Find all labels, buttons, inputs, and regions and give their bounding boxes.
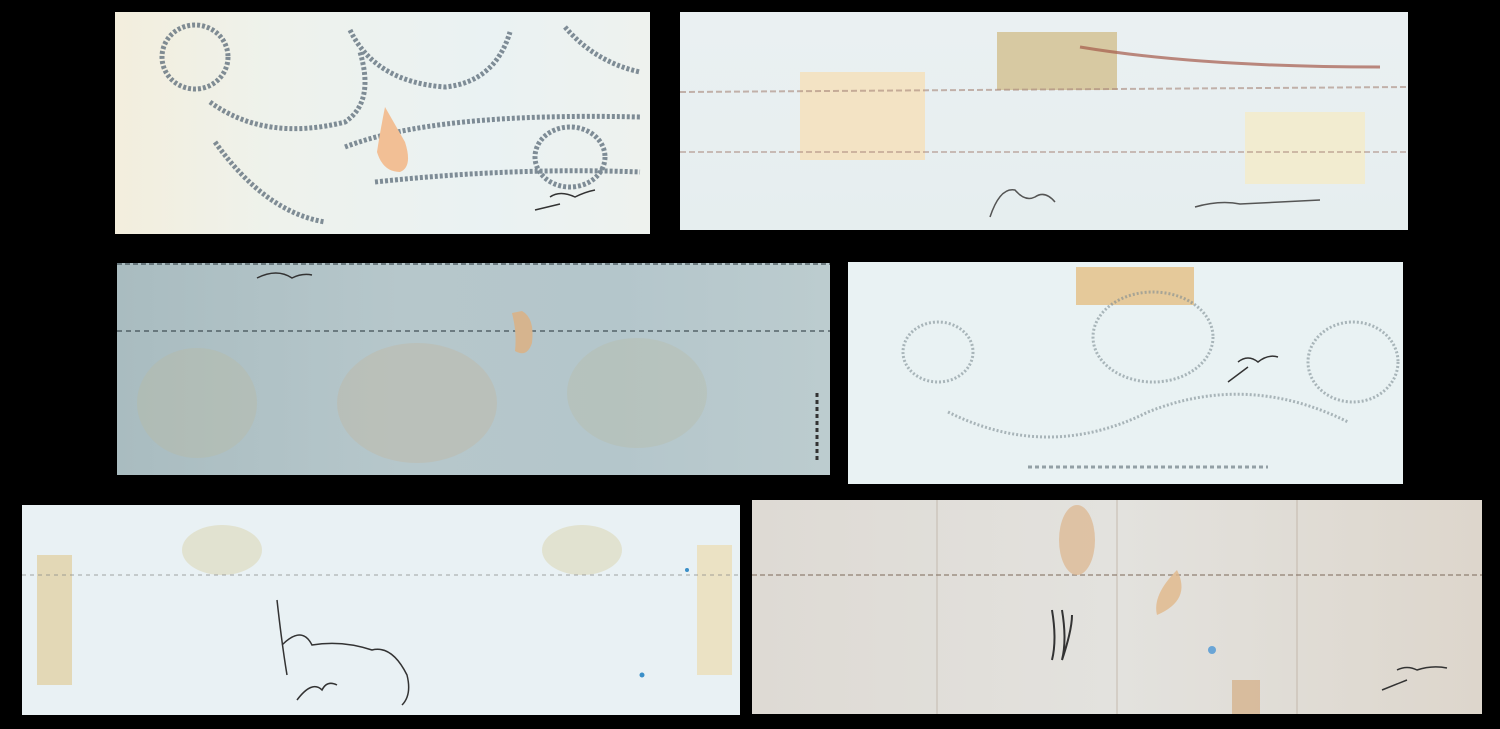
cancel-marks [115,12,650,234]
hinge-remnant [1245,112,1365,184]
hinge-remnant [1232,680,1260,714]
pencil-signature [1052,610,1072,660]
pencil-signature [1195,200,1320,207]
pencil-signature [257,273,312,278]
stamp-strip-3 [117,263,830,475]
pencil-signature [535,190,595,210]
pencil-signature [1228,356,1278,382]
hinge-remnant [1076,267,1194,305]
stamp-strip-4 [848,262,1403,484]
hinge-remnant [697,545,732,675]
stamp-strip-2 [680,12,1408,230]
pencil-signature [1382,667,1447,690]
hinge-remnant [997,32,1117,90]
pencil-signature [297,683,337,700]
stamp-strip-5 [22,505,740,715]
hinge-remnant [800,72,925,160]
stamp-strip-1 [115,12,650,234]
hinges-and-marks [680,12,1408,230]
pencil-signature [990,190,1055,217]
stamp-strip-6 [752,500,1482,714]
marks [752,500,1482,714]
marks [117,263,830,475]
pencil-signature [277,600,409,705]
marks [22,505,740,715]
marks [848,262,1403,484]
